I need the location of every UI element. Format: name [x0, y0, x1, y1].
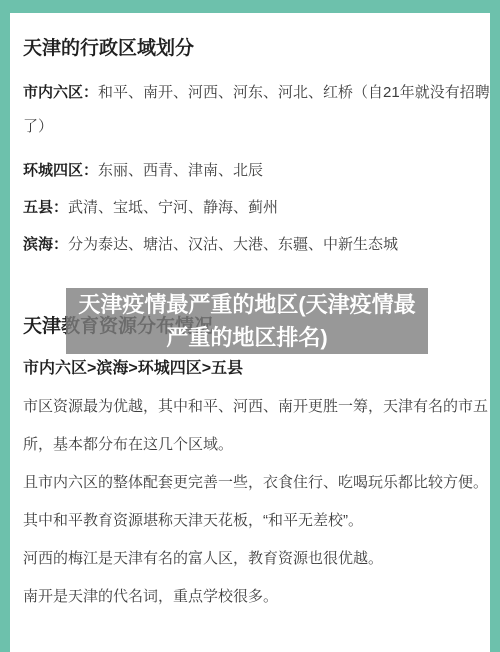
region-row-text: 和平、南开、河西、河东、河北、红桥（自21年就没有招聘 [98, 84, 490, 101]
district-ranking-line: 市内六区>滨海>环城四区>五县 [23, 358, 478, 379]
region-row-ring-four: 环城四区：东丽、西青、津南、北辰 [23, 160, 478, 181]
region-row-five-counties: 五县：武清、宝坻、宁河、静海、蓟州 [23, 197, 478, 218]
paragraph-line: 市区资源最为优越，其中和平、河西、南开更胜一筹，天津有名的市五 [23, 396, 478, 417]
page-background: 天津的行政区域划分 市内六区：和平、南开、河西、河东、河北、红桥（自21年就没有… [0, 0, 500, 652]
paragraph-line: 其中和平教育资源堪称天津天花板，“和平无差校”。 [23, 510, 478, 531]
region-row-text: 分为泰达、塘沽、汉沽、大港、东疆、中新生态城 [68, 236, 398, 253]
region-row-text: 东丽、西青、津南、北辰 [98, 162, 263, 179]
region-row-label: 滨海： [23, 236, 68, 253]
region-row-city-six-wrap: 了） [23, 116, 478, 137]
watermark-title-overlay: 天津疫情最严重的地区(天津疫情最 严重的地区排名) [66, 288, 428, 354]
paragraph-line: 南开是天津的代名词，重点学校很多。 [23, 586, 478, 607]
region-row-city-six: 市内六区：和平、南开、河西、河东、河北、红桥（自21年就没有招聘 [23, 82, 478, 103]
watermark-title-line1: 天津疫情最严重的地区(天津疫情最 [66, 288, 428, 321]
region-row-label: 环城四区： [23, 162, 98, 179]
region-row-binhai: 滨海：分为泰达、塘沽、汉沽、大港、东疆、中新生态城 [23, 234, 478, 255]
paragraph-line: 且市内六区的整体配套更完善一些，衣食住行、吃喝玩乐都比较方便。 [23, 472, 478, 493]
region-row-text: 武清、宝坻、宁河、静海、蓟州 [68, 199, 278, 216]
region-row-text: 了） [23, 118, 53, 135]
region-row-label: 五县： [23, 199, 68, 216]
watermark-title-line2: 严重的地区排名) [66, 321, 428, 354]
paragraph-line: 所，基本都分布在这几个区域。 [23, 434, 478, 455]
paragraph-line: 河西的梅江是天津有名的富人区，教育资源也很优越。 [23, 548, 478, 569]
section1-heading: 天津的行政区域划分 [23, 37, 478, 61]
region-row-label: 市内六区： [23, 84, 98, 101]
